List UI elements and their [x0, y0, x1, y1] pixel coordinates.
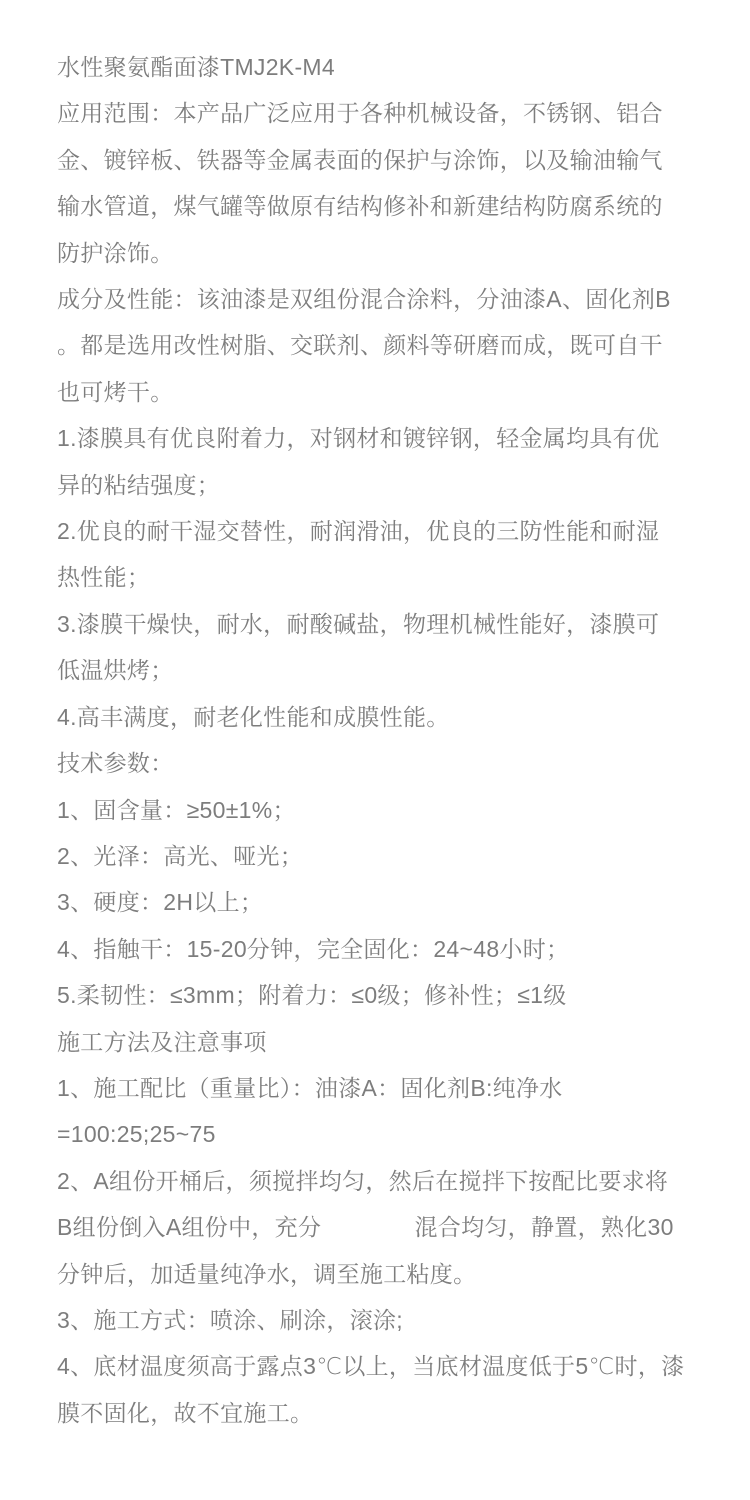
text-line: 3、硬度：2H以上；: [57, 879, 710, 925]
para-param-gloss: 2、光泽：高光、哑光；: [57, 833, 710, 879]
para-feature-2: 2.优良的耐干湿交替性，耐润滑油，优良的三防性能和耐湿 热性能；: [57, 508, 710, 601]
text-line: 2.优良的耐干湿交替性，耐润滑油，优良的三防性能和耐湿: [57, 508, 710, 554]
product-description-page: 水性聚氨酯面漆TMJ2K-M4 应用范围：本产品广泛应用于各种机械设备，不锈钢、…: [0, 0, 750, 1500]
text-line: 热性能；: [57, 554, 710, 600]
text-line: 水性聚氨酯面漆TMJ2K-M4: [57, 44, 710, 90]
text-line: 膜不固化，故不宜施工。: [57, 1390, 710, 1436]
text-line: 低温烘烤；: [57, 647, 710, 693]
para-step-4-temperature: 4、底材温度须高于露点3℃以上，当底材温度低于5℃时，漆 膜不固化，故不宜施工。: [57, 1343, 710, 1436]
text-line: 施工方法及注意事项: [57, 1019, 710, 1065]
text-line: 1、施工配比（重量比）：油漆A：固化剂B:纯净水: [57, 1065, 710, 1111]
para-feature-1: 1.漆膜具有优良附着力，对钢材和镀锌钢，轻金属均具有优 异的粘结强度；: [57, 415, 710, 508]
text-line: 输水管道，煤气罐等做原有结构修补和新建结构防腐系统的: [57, 183, 710, 229]
heading-technical-parameters: 技术参数：: [57, 740, 710, 786]
para-feature-3: 3.漆膜干燥快，耐水，耐酸碱盐，物理机械性能好，漆膜可 低温烘烤；: [57, 601, 710, 694]
text-line: 2、A组份开桶后，须搅拌均匀，然后在搅拌下按配比要求将: [57, 1158, 710, 1204]
para-param-hardness: 3、硬度：2H以上；: [57, 879, 710, 925]
para-composition-performance: 成分及性能：该油漆是双组份混合涂料，分油漆A、固化剂B 。都是选用改性树脂、交联…: [57, 276, 710, 415]
para-step-1-ratio: 1、施工配比（重量比）：油漆A：固化剂B:纯净水 =100:25;25~75: [57, 1065, 710, 1158]
text-line: 防护涂饰。: [57, 230, 710, 276]
text-line: 1.漆膜具有优良附着力，对钢材和镀锌钢，轻金属均具有优: [57, 415, 710, 461]
text-line: 3、施工方式：喷涂、刷涂，滚涂;: [57, 1297, 710, 1343]
text-line: 4.高丰满度，耐老化性能和成膜性能。: [57, 694, 710, 740]
text-line: 4、底材温度须高于露点3℃以上，当底材温度低于5℃时，漆: [57, 1343, 710, 1389]
text-line: 技术参数：: [57, 740, 710, 786]
text-line: 分钟后，加适量纯净水，调至施工粘度。: [57, 1251, 710, 1297]
text-line: 应用范围：本产品广泛应用于各种机械设备，不锈钢、铝合: [57, 90, 710, 136]
text-line: B组份倒入A组份中，充分 混合均匀，静置，熟化30: [57, 1204, 710, 1250]
para-param-solid-content: 1、固含量：≥50±1%；: [57, 787, 710, 833]
text-line: 5.柔韧性：≤3mm；附着力：≤0级；修补性；≤1级: [57, 972, 710, 1018]
text-line: 2、光泽：高光、哑光；: [57, 833, 710, 879]
text-line: 4、指触干：15-20分钟，完全固化：24~48小时；: [57, 926, 710, 972]
para-step-3-methods: 3、施工方式：喷涂、刷涂，滚涂;: [57, 1297, 710, 1343]
text-line: 异的粘结强度；: [57, 462, 710, 508]
text-line: 1、固含量：≥50±1%；: [57, 787, 710, 833]
text-line: 。都是选用改性树脂、交联剂、颜料等研磨而成，既可自干: [57, 322, 710, 368]
para-step-2-mixing: 2、A组份开桶后，须搅拌均匀，然后在搅拌下按配比要求将 B组份倒入A组份中，充分…: [57, 1158, 710, 1297]
product-description-text: 水性聚氨酯面漆TMJ2K-M4 应用范围：本产品广泛应用于各种机械设备，不锈钢、…: [0, 0, 750, 1436]
product-title: 水性聚氨酯面漆TMJ2K-M4: [57, 44, 710, 90]
text-line: 也可烤干。: [57, 369, 710, 415]
para-feature-4: 4.高丰满度，耐老化性能和成膜性能。: [57, 694, 710, 740]
heading-application-method: 施工方法及注意事项: [57, 1019, 710, 1065]
text-line: 金、镀锌板、铁器等金属表面的保护与涂饰，以及输油输气: [57, 137, 710, 183]
para-param-flexibility: 5.柔韧性：≤3mm；附着力：≤0级；修补性；≤1级: [57, 972, 710, 1018]
text-line: =100:25;25~75: [57, 1111, 710, 1157]
para-param-drying-time: 4、指触干：15-20分钟，完全固化：24~48小时；: [57, 926, 710, 972]
para-application-scope: 应用范围：本产品广泛应用于各种机械设备，不锈钢、铝合 金、镀锌板、铁器等金属表面…: [57, 90, 710, 276]
text-line: 3.漆膜干燥快，耐水，耐酸碱盐，物理机械性能好，漆膜可: [57, 601, 710, 647]
text-line: 成分及性能：该油漆是双组份混合涂料，分油漆A、固化剂B: [57, 276, 710, 322]
